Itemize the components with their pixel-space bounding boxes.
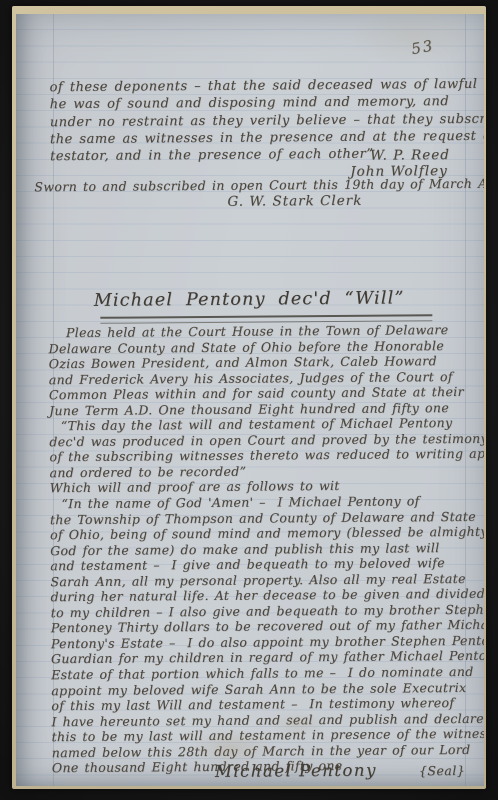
manuscript-ink-layer: 53 of these deponents – that the said de… [16, 14, 484, 786]
page-number: 53 [410, 36, 436, 58]
will-title: Michael Pentony dec'd “Will” [16, 288, 483, 312]
attestation-line: Sworn to and subscribed in open Court th… [34, 176, 474, 194]
will-body-text: Pleas held at the Court House in the Tow… [48, 322, 468, 776]
manuscript-line: of the subscribing witnesses thereto was… [49, 446, 465, 465]
book-page: 53 of these deponents – that the said de… [12, 6, 486, 789]
paper: 53 of these deponents – that the said de… [16, 14, 484, 786]
seal-mark: {Seal} [419, 763, 465, 778]
scanned-document-photo: 53 of these deponents – that the said de… [0, 0, 498, 800]
clerk-signature: G. W. Stark Clerk [227, 193, 362, 210]
witness-signature-reed: W. P. Reed [370, 147, 450, 164]
manuscript-line: the same as witnesses in the presence an… [50, 128, 460, 149]
testator-signature: Michael Pentony [215, 761, 377, 781]
